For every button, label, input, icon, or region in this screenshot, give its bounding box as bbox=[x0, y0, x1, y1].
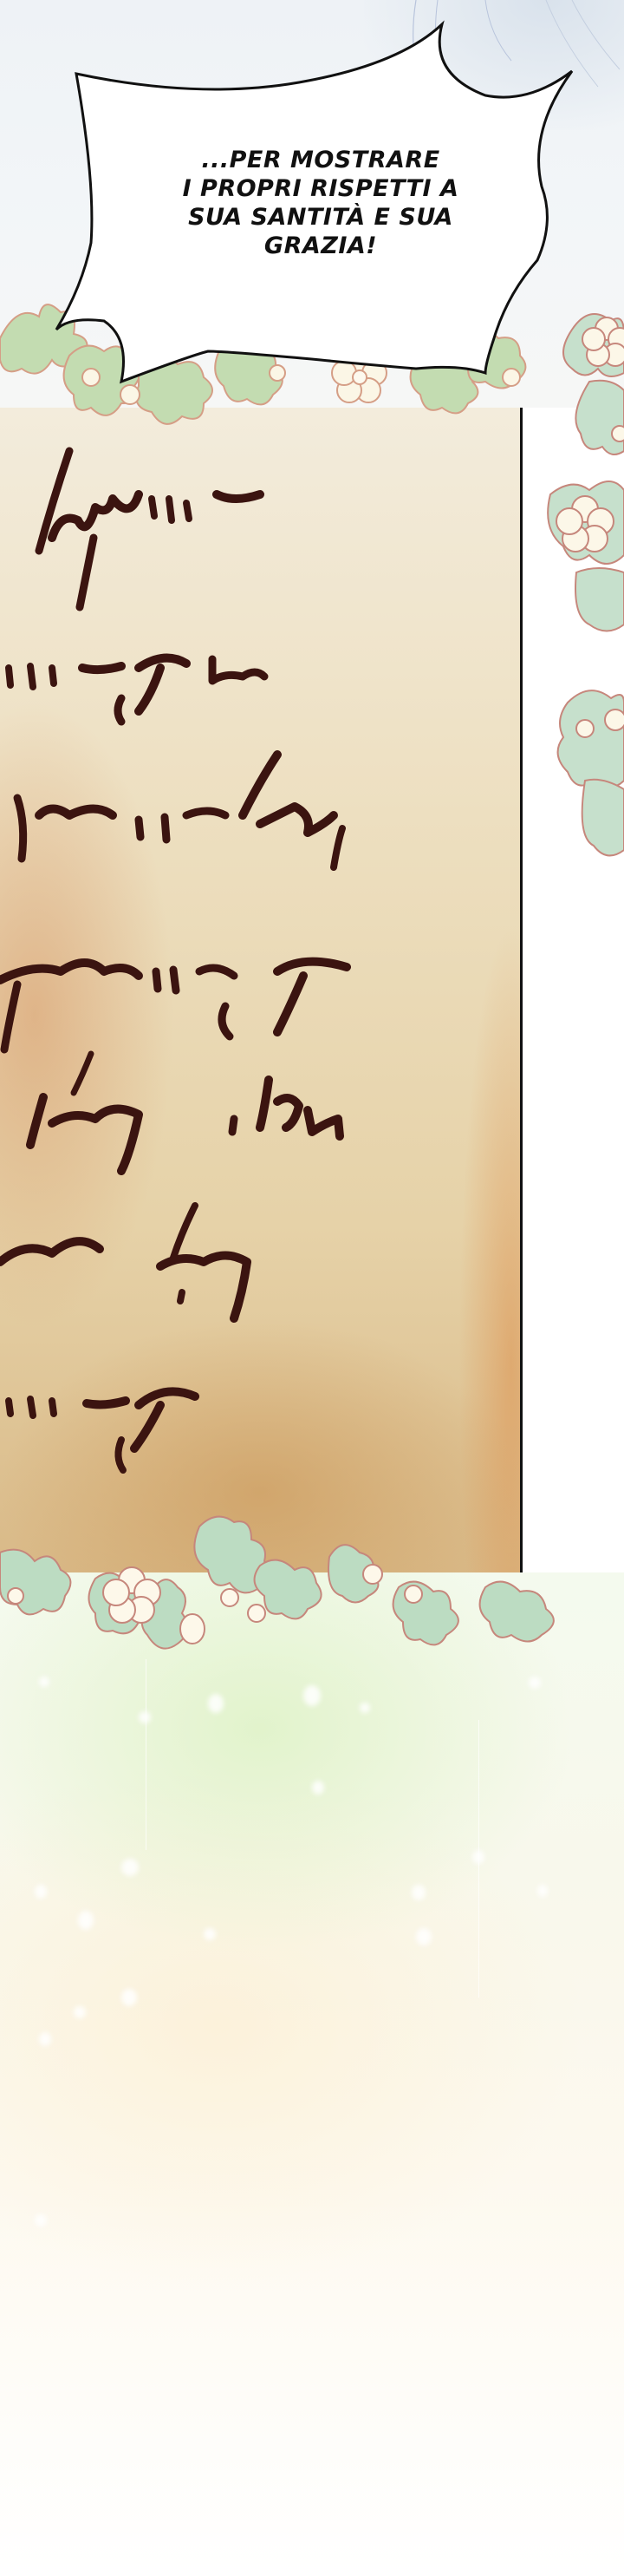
bokeh-dot bbox=[412, 1885, 426, 1900]
light-streak bbox=[478, 1720, 479, 1997]
bokeh-dot bbox=[35, 2214, 47, 2226]
light-streak bbox=[146, 1659, 146, 1850]
bokeh-dot bbox=[139, 1711, 151, 1723]
bokeh-dot bbox=[78, 1911, 94, 1930]
bokeh-dot bbox=[35, 1885, 47, 1899]
bokeh-dot bbox=[312, 1781, 324, 1795]
comic-page: ...PER MOSTRARE I PROPRI RISPETTI A SUA … bbox=[0, 0, 624, 2576]
bottom-floral-vine bbox=[0, 1492, 624, 1657]
bokeh-dot bbox=[208, 1694, 224, 1713]
bokeh-dot bbox=[537, 1885, 548, 1897]
bokeh-dot bbox=[204, 1928, 216, 1940]
speech-line-1: ...PER MOSTRARE bbox=[130, 146, 511, 174]
parchment-letter bbox=[0, 408, 523, 1572]
bokeh-dot bbox=[303, 1685, 321, 1706]
bokeh-glow-background bbox=[0, 1572, 624, 2576]
bokeh-dot bbox=[121, 1989, 137, 2006]
bokeh-dot bbox=[74, 2006, 86, 2018]
speech-line-4: GRAZIA! bbox=[130, 232, 511, 260]
speech-line-3: SUA SANTITÀ E SUA bbox=[130, 203, 511, 232]
bokeh-dot bbox=[360, 1703, 370, 1713]
handwriting-scribbles bbox=[0, 408, 520, 1572]
bokeh-dot bbox=[39, 1677, 49, 1687]
bokeh-dot bbox=[416, 1928, 432, 1945]
speech-line-2: I PROPRI RISPETTI A bbox=[130, 174, 511, 203]
bokeh-dot bbox=[39, 2032, 51, 2046]
bokeh-dot bbox=[121, 1859, 139, 1876]
bokeh-dot bbox=[529, 1677, 541, 1689]
speech-bubble-text: ...PER MOSTRARE I PROPRI RISPETTI A SUA … bbox=[130, 146, 511, 260]
